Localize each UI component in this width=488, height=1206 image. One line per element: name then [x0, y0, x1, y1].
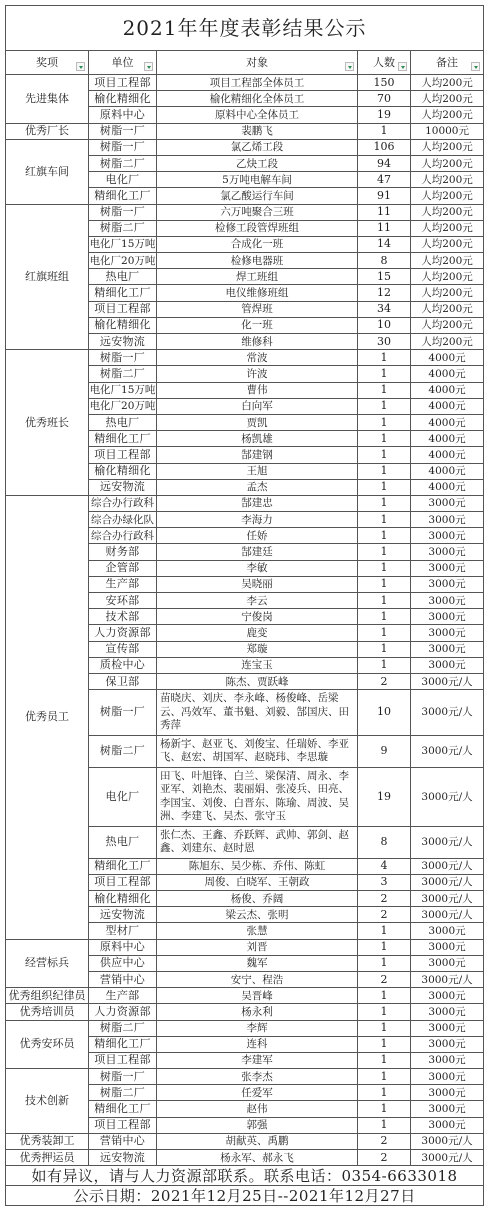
unit-cell: 企管部 [89, 560, 157, 576]
note-cell: 人均200元 [411, 253, 484, 269]
unit-cell: 树脂二厂 [89, 1020, 157, 1036]
header-recipient: 对象 [157, 51, 358, 75]
recipient-cell: 孟杰 [157, 479, 358, 495]
award-category-cell: 红旗班组 [6, 204, 89, 350]
count-cell: 1 [358, 625, 411, 641]
award-category-cell: 优秀厂长 [6, 123, 89, 139]
count-cell: 70 [358, 91, 411, 107]
note-cell: 3000元 [411, 1101, 484, 1117]
count-cell: 1 [358, 479, 411, 495]
recipient-cell: 周俊、白晓军、王朝政 [157, 874, 358, 890]
count-cell: 1 [358, 1117, 411, 1133]
count-cell: 2 [358, 891, 411, 907]
count-cell: 1 [358, 512, 411, 528]
note-cell: 4000元 [411, 479, 484, 495]
note-cell: 3000元 [411, 955, 484, 971]
page-title: 2021年年度表彰结果公示 [6, 6, 484, 51]
table-row: 先进集体项目工程部项目工程部全体员工150人均200元 [6, 75, 484, 91]
note-cell: 3000元/人 [411, 907, 484, 923]
count-cell: 19 [358, 767, 411, 826]
table-row: 优秀培训员人力资源部杨永利13000元 [6, 1004, 484, 1020]
count-cell: 3 [358, 874, 411, 890]
recipient-cell: 连科 [157, 1036, 358, 1052]
unit-cell: 项目工程部 [89, 75, 157, 91]
count-cell: 10 [358, 317, 411, 333]
dropdown-filter-icon[interactable] [398, 62, 407, 71]
recipient-cell: 刘晋 [157, 939, 358, 955]
count-cell: 1 [358, 576, 411, 592]
unit-cell: 远安物流 [89, 907, 157, 923]
note-cell: 3000元 [411, 495, 484, 511]
recipient-cell: 吴晋峰 [157, 988, 358, 1004]
count-cell: 8 [358, 826, 411, 858]
note-cell: 人均200元 [411, 269, 484, 285]
note-cell: 3000元 [411, 560, 484, 576]
unit-cell: 综合办绿化队 [89, 512, 157, 528]
recipient-cell: 赵伟 [157, 1101, 358, 1117]
recipient-cell: 郜建廷 [157, 544, 358, 560]
recipient-cell: 原料中心全体员工 [157, 107, 358, 123]
note-cell: 人均200元 [411, 107, 484, 123]
note-cell: 3000元/人 [411, 874, 484, 890]
table-row: 优秀押运员远安物流杨永军、郝永飞23000元/人 [6, 1150, 484, 1166]
count-cell: 11 [358, 204, 411, 220]
header-label: 单位 [112, 56, 134, 70]
award-category-cell: 红旗车间 [6, 139, 89, 204]
table-row: 优秀装卸工营销中心胡献英、禹鹏23000元/人 [6, 1133, 484, 1149]
unit-cell: 树脂二厂 [89, 1085, 157, 1101]
count-cell: 91 [358, 188, 411, 204]
count-cell: 2 [358, 1150, 411, 1166]
recipient-cell: 连宝玉 [157, 657, 358, 673]
header-label: 对象 [246, 56, 268, 70]
dropdown-filter-icon[interactable] [76, 62, 85, 71]
unit-cell: 项目工程部 [89, 1117, 157, 1133]
note-cell: 4000元 [411, 431, 484, 447]
note-cell: 3000元 [411, 1036, 484, 1052]
unit-cell: 技术部 [89, 609, 157, 625]
count-cell: 19 [358, 107, 411, 123]
count-cell: 1 [358, 414, 411, 430]
unit-cell: 营销中心 [89, 971, 157, 987]
recipient-cell: 杨新宇、赵亚飞、刘俊宝、任瑞娇、李亚飞、赵宏、胡国军、赵晓玮、李思璇 [157, 735, 358, 767]
recipient-cell: 5万吨电解车间 [157, 172, 358, 188]
unit-cell: 财务部 [89, 544, 157, 560]
table-row: 技术创新树脂一厂张李杰13000元 [6, 1069, 484, 1085]
note-cell: 人均200元 [411, 236, 484, 252]
count-cell: 1 [358, 366, 411, 382]
unit-cell: 树脂一厂 [89, 690, 157, 736]
award-category-cell: 经营标兵 [6, 939, 89, 988]
unit-cell: 人力资源部 [89, 1004, 157, 1020]
table-row: 经营标兵原料中心刘晋13000元 [6, 939, 484, 955]
recipient-cell: 王旭 [157, 463, 358, 479]
count-cell: 9 [358, 735, 411, 767]
recipient-cell: 胡献英、禹鹏 [157, 1133, 358, 1149]
recipient-cell: 安宁、程浩 [157, 971, 358, 987]
table-row: 优秀班长树脂一厂常波14000元 [6, 350, 484, 366]
unit-cell: 树脂一厂 [89, 1069, 157, 1085]
recipient-cell: 郑璇 [157, 641, 358, 657]
count-cell: 1 [358, 350, 411, 366]
count-cell: 1 [358, 988, 411, 1004]
unit-cell: 电化厂20万吨 [89, 398, 157, 414]
award-table: 2021年年度表彰结果公示 奖项 单位 对象 人数 备注 先进集体项目工程部项目… [5, 5, 484, 1200]
count-cell: 1 [358, 382, 411, 398]
unit-cell: 保卫部 [89, 673, 157, 689]
unit-cell: 精细化工厂 [89, 1036, 157, 1052]
count-cell: 47 [358, 172, 411, 188]
note-cell: 3000元 [411, 1052, 484, 1068]
recipient-cell: 杨凯雄 [157, 431, 358, 447]
award-category-cell: 优秀安环员 [6, 1020, 89, 1069]
header-category: 奖项 [6, 51, 89, 75]
unit-cell: 电化厂15万吨 [89, 236, 157, 252]
note-cell: 人均200元 [411, 75, 484, 91]
note-cell: 人均200元 [411, 301, 484, 317]
recipient-cell: 项目工程部全体员工 [157, 75, 358, 91]
count-cell: 1 [358, 1085, 411, 1101]
recipient-cell: 杨永利 [157, 1004, 358, 1020]
count-cell: 1 [358, 528, 411, 544]
count-cell: 1 [358, 560, 411, 576]
recipient-cell: 电仪维修班组 [157, 285, 358, 301]
unit-cell: 质检中心 [89, 657, 157, 673]
note-cell: 3000元 [411, 609, 484, 625]
recipient-cell: 张慧 [157, 923, 358, 939]
unit-cell: 树脂二厂 [89, 155, 157, 171]
note-cell: 3000元 [411, 625, 484, 641]
note-cell: 3000元/人 [411, 891, 484, 907]
award-category-cell: 优秀培训员 [6, 1004, 89, 1020]
unit-cell: 电化厂20万吨 [89, 253, 157, 269]
award-category-cell: 技术创新 [6, 1069, 89, 1134]
recipient-cell: 梁云杰、张明 [157, 907, 358, 923]
award-table-body: 先进集体项目工程部项目工程部全体员工150人均200元榆化精细化榆化精细化全体员… [6, 75, 484, 1166]
unit-cell: 生产部 [89, 988, 157, 1004]
unit-cell: 热电厂 [89, 414, 157, 430]
unit-cell: 项目工程部 [89, 301, 157, 317]
unit-cell: 精细化工厂 [89, 858, 157, 874]
unit-cell: 远安物流 [89, 334, 157, 350]
unit-cell: 榆化精细化 [89, 463, 157, 479]
unit-cell: 项目工程部 [89, 447, 157, 463]
unit-cell: 树脂一厂 [89, 204, 157, 220]
recipient-cell: 许波 [157, 366, 358, 382]
note-cell: 3000元 [411, 988, 484, 1004]
dropdown-filter-icon[interactable] [471, 62, 480, 71]
unit-cell: 榆化精细化 [89, 317, 157, 333]
note-cell: 3000元/人 [411, 735, 484, 767]
award-category-cell: 优秀组织纪律员 [6, 988, 89, 1004]
unit-cell: 电化厂 [89, 767, 157, 826]
note-cell: 3000元 [411, 1020, 484, 1036]
award-category-cell: 优秀班长 [6, 350, 89, 496]
note-cell: 3000元/人 [411, 826, 484, 858]
count-cell: 2 [358, 971, 411, 987]
count-cell: 14 [358, 236, 411, 252]
note-cell: 3000元 [411, 544, 484, 560]
recipient-cell: 吴晓丽 [157, 576, 358, 592]
recipient-cell: 李敏 [157, 560, 358, 576]
count-cell: 1 [358, 593, 411, 609]
table-row: 优秀员工综合办行政科郜建忠13000元 [6, 495, 484, 511]
count-cell: 1 [358, 1036, 411, 1052]
note-cell: 3000元/人 [411, 690, 484, 736]
note-cell: 4000元 [411, 382, 484, 398]
award-announcement-sheet: 2021年年度表彰结果公示 奖项 单位 对象 人数 备注 先进集体项目工程部项目… [5, 5, 483, 1200]
dropdown-filter-icon[interactable] [345, 62, 354, 71]
header-note: 备注 [411, 51, 484, 75]
note-cell: 4000元 [411, 414, 484, 430]
count-cell: 1 [358, 1101, 411, 1117]
recipient-cell: 苗晓庆、刘庆、李永峰、杨俊峰、岳梁云、冯效军、董书魁、刘毅、郜国庆、田秀萍 [157, 690, 358, 736]
unit-cell: 原料中心 [89, 107, 157, 123]
award-category-cell: 优秀押运员 [6, 1150, 89, 1166]
recipient-cell: 管焊班 [157, 301, 358, 317]
count-cell: 1 [358, 1052, 411, 1068]
note-cell: 3000元 [411, 939, 484, 955]
count-cell: 1 [358, 1020, 411, 1036]
table-row: 优秀组织纪律员生产部吴晋峰13000元 [6, 988, 484, 1004]
recipient-cell: 田飞、叶旭锋、白兰、梁保清、周永、李亚军、刘艳杰、裴丽娟、张凌兵、田亮、李国宝、… [157, 767, 358, 826]
footer-date-row: 公示日期：2021年12月25日--2021年12月27日 [6, 1186, 484, 1200]
dropdown-filter-icon[interactable] [144, 62, 153, 71]
unit-cell: 远安物流 [89, 479, 157, 495]
recipient-cell: 曹伟 [157, 382, 358, 398]
count-cell: 15 [358, 269, 411, 285]
note-cell: 3000元 [411, 641, 484, 657]
count-cell: 1 [358, 939, 411, 955]
unit-cell: 综合办行政科 [89, 528, 157, 544]
note-cell: 人均200元 [411, 334, 484, 350]
count-cell: 2 [358, 907, 411, 923]
note-cell: 人均200元 [411, 155, 484, 171]
count-cell: 1 [358, 657, 411, 673]
note-cell: 3000元 [411, 528, 484, 544]
note-cell: 4000元 [411, 350, 484, 366]
count-cell: 1 [358, 495, 411, 511]
note-cell: 3000元 [411, 657, 484, 673]
unit-cell: 供应中心 [89, 955, 157, 971]
count-cell: 1 [358, 463, 411, 479]
unit-cell: 树脂二厂 [89, 220, 157, 236]
award-category-cell: 先进集体 [6, 75, 89, 124]
note-cell: 3000元/人 [411, 971, 484, 987]
note-cell: 3000元 [411, 1117, 484, 1133]
count-cell: 150 [358, 75, 411, 91]
count-cell: 1 [358, 641, 411, 657]
note-cell: 人均200元 [411, 91, 484, 107]
note-cell: 10000元 [411, 123, 484, 139]
unit-cell: 热电厂 [89, 269, 157, 285]
recipient-cell: 氯乙酸运行车间 [157, 188, 358, 204]
unit-cell: 原料中心 [89, 939, 157, 955]
unit-cell: 精细化工厂 [89, 188, 157, 204]
note-cell: 人均200元 [411, 285, 484, 301]
recipient-cell: 张李杰 [157, 1069, 358, 1085]
recipient-cell: 宁俊岗 [157, 609, 358, 625]
recipient-cell: 贾凯 [157, 414, 358, 430]
note-cell: 3000元 [411, 593, 484, 609]
unit-cell: 项目工程部 [89, 874, 157, 890]
recipient-cell: 常波 [157, 350, 358, 366]
award-category-cell: 优秀装卸工 [6, 1133, 89, 1149]
recipient-cell: 鹿变 [157, 625, 358, 641]
recipient-cell: 裴鹏飞 [157, 123, 358, 139]
unit-cell: 精细化工厂 [89, 1101, 157, 1117]
count-cell: 30 [358, 334, 411, 350]
unit-cell: 型材厂 [89, 923, 157, 939]
recipient-cell: 李海力 [157, 512, 358, 528]
recipient-cell: 陈杰、贾跃峰 [157, 673, 358, 689]
note-cell: 3000元/人 [411, 673, 484, 689]
recipient-cell: 焊工班组 [157, 269, 358, 285]
note-cell: 4000元 [411, 398, 484, 414]
unit-cell: 榆化精细化 [89, 891, 157, 907]
note-cell: 人均200元 [411, 188, 484, 204]
count-cell: 1 [358, 447, 411, 463]
recipient-cell: 检修工段管焊班组 [157, 220, 358, 236]
recipient-cell: 陈旭东、吴少栋、乔伟、陈虹 [157, 858, 358, 874]
recipient-cell: 任爱军 [157, 1085, 358, 1101]
recipient-cell: 合成化一班 [157, 236, 358, 252]
recipient-cell: 维修科 [157, 334, 358, 350]
unit-cell: 营销中心 [89, 1133, 157, 1149]
footer-contact-row: 如有异议，请与人力资源部联系。联系电话：0354-6633018 [6, 1166, 484, 1186]
footer-date: 公示日期：2021年12月25日--2021年12月27日 [6, 1186, 484, 1200]
note-cell: 3000元 [411, 1085, 484, 1101]
recipient-cell: 郜建忠 [157, 495, 358, 511]
note-cell: 人均200元 [411, 220, 484, 236]
unit-cell: 树脂二厂 [89, 366, 157, 382]
unit-cell: 综合办行政科 [89, 495, 157, 511]
recipient-cell: 榆化精细化全体员工 [157, 91, 358, 107]
count-cell: 1 [358, 955, 411, 971]
note-cell: 人均200元 [411, 172, 484, 188]
recipient-cell: 六万吨聚合三班 [157, 204, 358, 220]
recipient-cell: 乙炔工段 [157, 155, 358, 171]
note-cell: 3000元 [411, 1004, 484, 1020]
recipient-cell: 检修电器班 [157, 253, 358, 269]
unit-cell: 项目工程部 [89, 1052, 157, 1068]
unit-cell: 树脂二厂 [89, 735, 157, 767]
note-cell: 3000元 [411, 512, 484, 528]
header-count: 人数 [358, 51, 411, 75]
note-cell: 3000元/人 [411, 1150, 484, 1166]
count-cell: 1 [358, 431, 411, 447]
unit-cell: 人力资源部 [89, 625, 157, 641]
recipient-cell: 张仁杰、王鑫、乔跃辉、武帅、郭剑、赵鑫、刘建东、赵时恩 [157, 826, 358, 858]
recipient-cell: 杨永军、郝永飞 [157, 1150, 358, 1166]
count-cell: 12 [358, 285, 411, 301]
count-cell: 1 [358, 609, 411, 625]
unit-cell: 榆化精细化 [89, 91, 157, 107]
count-cell: 94 [358, 155, 411, 171]
unit-cell: 精细化工厂 [89, 431, 157, 447]
award-category-cell: 优秀员工 [6, 495, 89, 939]
unit-cell: 安环部 [89, 593, 157, 609]
count-cell: 4 [358, 858, 411, 874]
count-cell: 1 [358, 923, 411, 939]
note-cell: 4000元 [411, 447, 484, 463]
note-cell: 3000元 [411, 576, 484, 592]
note-cell: 3000元/人 [411, 767, 484, 826]
count-cell: 11 [358, 220, 411, 236]
table-row: 红旗班组树脂一厂六万吨聚合三班11人均200元 [6, 204, 484, 220]
count-cell: 106 [358, 139, 411, 155]
unit-cell: 精细化工厂 [89, 285, 157, 301]
note-cell: 3000元 [411, 923, 484, 939]
note-cell: 3000元 [411, 1069, 484, 1085]
note-cell: 人均200元 [411, 139, 484, 155]
recipient-cell: 魏军 [157, 955, 358, 971]
count-cell: 10 [358, 690, 411, 736]
footer-contact: 如有异议，请与人力资源部联系。联系电话：0354-6633018 [6, 1166, 484, 1186]
title-row: 2021年年度表彰结果公示 [6, 6, 484, 51]
unit-cell: 热电厂 [89, 826, 157, 858]
table-row: 优秀安环员树脂二厂李辉13000元 [6, 1020, 484, 1036]
count-cell: 1 [358, 1069, 411, 1085]
count-cell: 1 [358, 544, 411, 560]
unit-cell: 电化厂15万吨 [89, 382, 157, 398]
recipient-cell: 氯乙烯工段 [157, 139, 358, 155]
count-cell: 1 [358, 123, 411, 139]
note-cell: 人均200元 [411, 317, 484, 333]
count-cell: 34 [358, 301, 411, 317]
count-cell: 1 [358, 398, 411, 414]
table-row: 优秀厂长树脂一厂裴鹏飞110000元 [6, 123, 484, 139]
unit-cell: 树脂一厂 [89, 350, 157, 366]
note-cell: 3000元/人 [411, 858, 484, 874]
table-row: 红旗车间树脂一厂氯乙烯工段106人均200元 [6, 139, 484, 155]
unit-cell: 树脂一厂 [89, 123, 157, 139]
note-cell: 4000元 [411, 463, 484, 479]
header-label: 人数 [373, 56, 395, 70]
header-row: 奖项 单位 对象 人数 备注 [6, 51, 484, 75]
unit-cell: 宣传部 [89, 641, 157, 657]
unit-cell: 远安物流 [89, 1150, 157, 1166]
recipient-cell: 杨俊、乔阔 [157, 891, 358, 907]
header-unit: 单位 [89, 51, 157, 75]
count-cell: 2 [358, 1133, 411, 1149]
count-cell: 2 [358, 673, 411, 689]
recipient-cell: 化一班 [157, 317, 358, 333]
note-cell: 4000元 [411, 366, 484, 382]
recipient-cell: 任娇 [157, 528, 358, 544]
header-label: 奖项 [36, 56, 58, 70]
recipient-cell: 李辉 [157, 1020, 358, 1036]
header-label: 备注 [436, 56, 458, 70]
recipient-cell: 郭强 [157, 1117, 358, 1133]
count-cell: 8 [358, 253, 411, 269]
note-cell: 3000元/人 [411, 1133, 484, 1149]
note-cell: 人均200元 [411, 204, 484, 220]
recipient-cell: 白向军 [157, 398, 358, 414]
unit-cell: 电化厂 [89, 172, 157, 188]
count-cell: 1 [358, 1004, 411, 1020]
recipient-cell: 郜建钢 [157, 447, 358, 463]
recipient-cell: 李建军 [157, 1052, 358, 1068]
recipient-cell: 李云 [157, 593, 358, 609]
unit-cell: 生产部 [89, 576, 157, 592]
unit-cell: 树脂一厂 [89, 139, 157, 155]
